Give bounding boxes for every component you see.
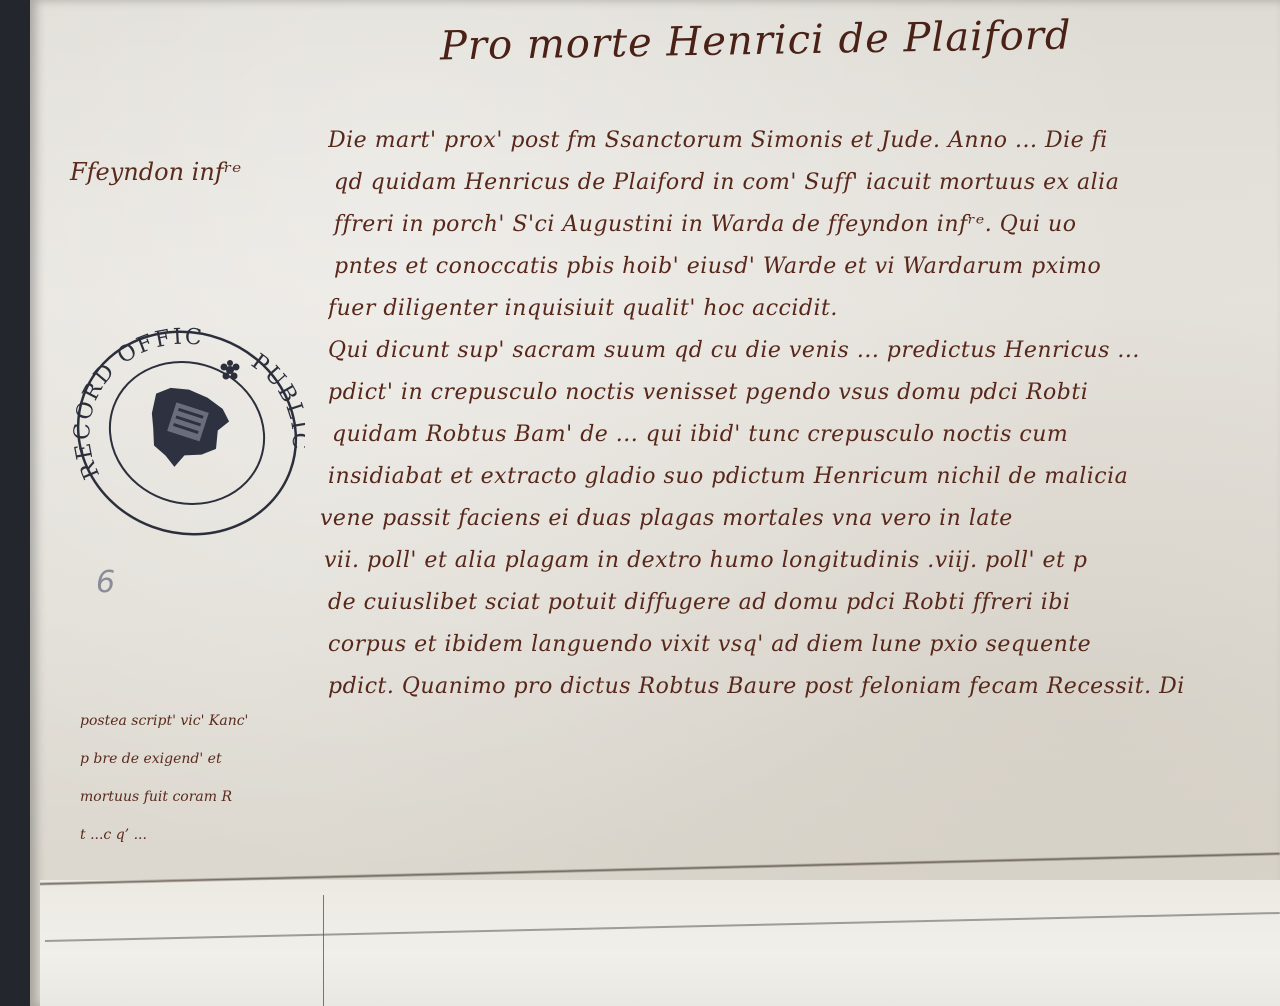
pencil-folio-number: 6 xyxy=(96,565,115,600)
manuscript-line: insidiabat et extracto gladio suo pdictu… xyxy=(328,456,1280,498)
margin-note-line: mortuus fuit coram R xyxy=(80,778,300,816)
public-record-office-stamp: RECORD OFFICE PUBLIC xyxy=(70,325,305,540)
manuscript-line: vene passit faciens ei duas plagas morta… xyxy=(320,498,1280,540)
manuscript-line: pntes et conoccatis pbis hoib' eiusd' Wa… xyxy=(328,246,1280,288)
manuscript-body: Die mart' prox' post fm Ssanctorum Simon… xyxy=(328,120,1280,708)
royal-arms-crest-icon xyxy=(136,380,234,478)
ruled-line xyxy=(323,895,324,1006)
manuscript-line: de cuiuslibet sciat potuit diffugere ad … xyxy=(328,582,1280,624)
manuscript-line: Qui dicunt sup' sacram suum qd cu die ve… xyxy=(328,330,1280,372)
manuscript-line: quidam Robtus Bam' de ... qui ibid' tunc… xyxy=(328,414,1280,456)
manuscript-line: Die mart' prox' post fm Ssanctorum Simon… xyxy=(328,120,1280,162)
manuscript-line: vii. poll' et alia plagam in dextro humo… xyxy=(324,540,1280,582)
manuscript-line: pdict' in crepusculo noctis venisset pge… xyxy=(328,372,1280,414)
manuscript-line: qd quidam Henricus de Plaiford in com' S… xyxy=(328,162,1280,204)
margin-note-line: p bre de exigend' et xyxy=(80,740,300,778)
manuscript-line: ffreri in porch' S'ci Augustini in Warda… xyxy=(328,204,1280,246)
manuscript-line: pdict. Quanimo pro dictus Robtus Baure p… xyxy=(328,666,1280,708)
lower-folded-strip xyxy=(40,880,1280,1006)
manuscript-line: fuer diligenter inquisiuit qualit' hoc a… xyxy=(328,288,1280,330)
svg-text:PUBLIC: PUBLIC xyxy=(247,349,305,451)
margin-place-name: Ffeyndon infʳᵉ xyxy=(70,158,241,186)
stamp-text-public: PUBLIC xyxy=(247,349,305,451)
margin-note-line: postea script' vic' Kanc' xyxy=(80,702,300,740)
margin-note-line: t ...c q’ ... xyxy=(80,816,300,854)
margin-note: postea script' vic' Kanc' p bre de exige… xyxy=(80,702,300,854)
manuscript-line: corpus et ibidem languendo vixit vsq' ad… xyxy=(328,624,1280,666)
